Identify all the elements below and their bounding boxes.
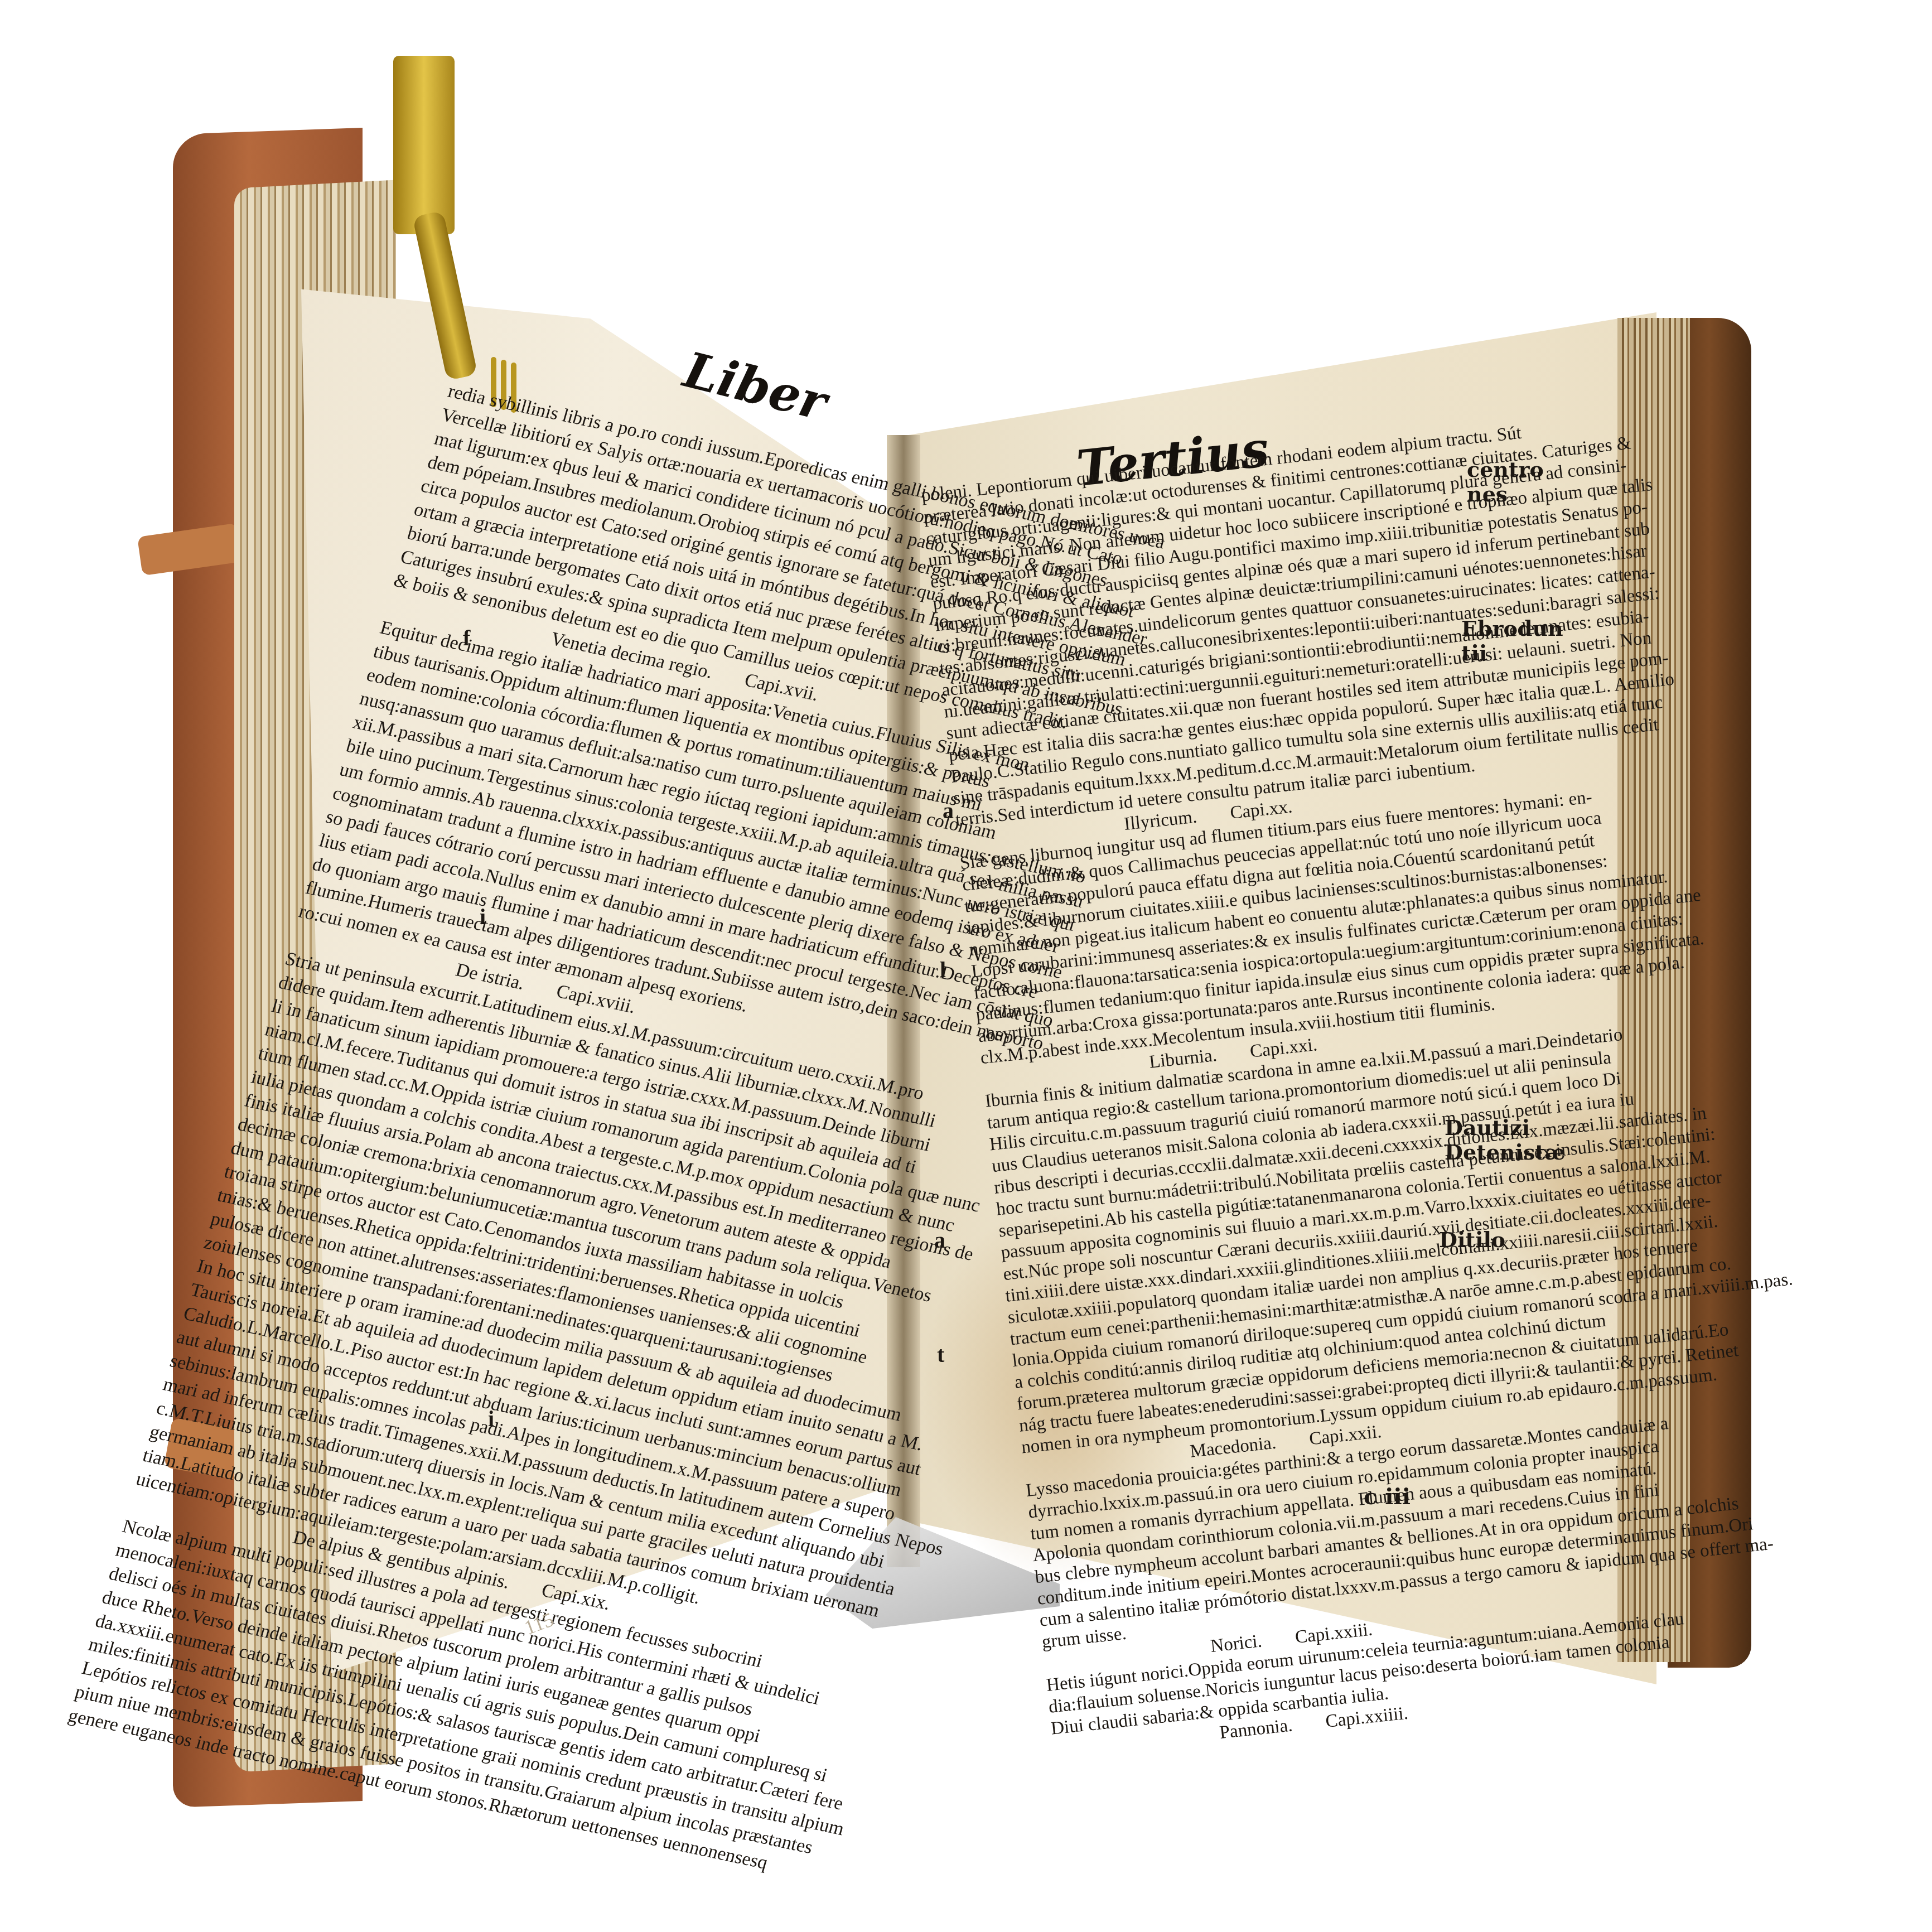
guide-letter: t	[937, 1341, 944, 1368]
guide-letter: i	[480, 904, 486, 930]
guide-letter: l	[940, 957, 946, 983]
margin-note: Ebrodun tii	[1461, 616, 1545, 665]
guide-letter: i	[488, 1405, 494, 1432]
guide-letter: a	[934, 1227, 945, 1253]
margin-note: Ditilo	[1439, 1227, 1505, 1252]
margin-note: centro nes	[1467, 457, 1528, 506]
right-page-text: poleni. Lepontiorum qui uiberi uocantur …	[920, 419, 1687, 1762]
margin-note: Dautizi Detenistæ	[1445, 1115, 1551, 1165]
guide-letter: f	[463, 625, 470, 651]
brass-clasp-icon	[393, 56, 455, 234]
guide-letter: a	[943, 798, 954, 824]
signature-mark: c iii	[1364, 1484, 1411, 1510]
